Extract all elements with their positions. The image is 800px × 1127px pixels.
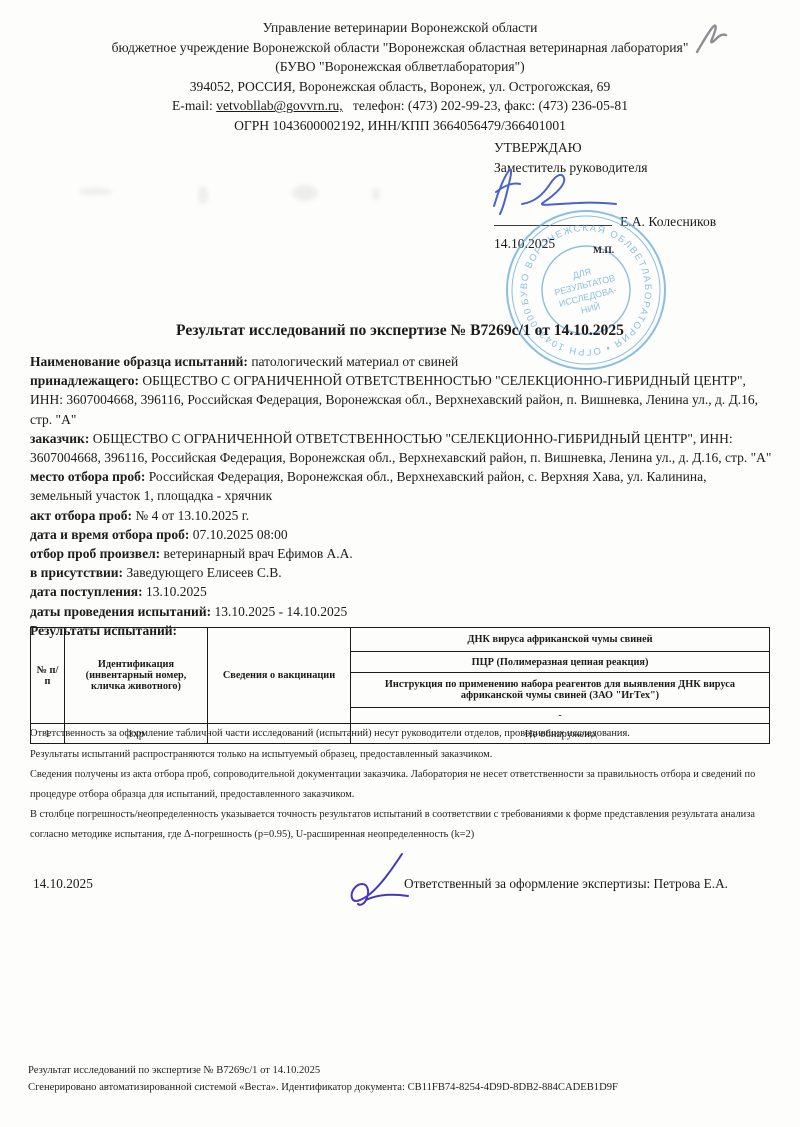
field-receipt-date: дата поступления: 13.10.2025 (30, 582, 772, 601)
method-reference-header: Инструкция по применению набора реагенто… (351, 673, 770, 708)
footnote: Ответственность за оформление табличной … (30, 724, 772, 744)
field-owner: принадлежащего: ОБЩЕСТВО С ОГРАНИЧЕННОЙ … (30, 371, 772, 429)
approval-block: УТВЕРЖДАЮ Заместитель руководителя Е.А. … (494, 138, 716, 254)
signature-line (494, 213, 612, 226)
footer-generated-line: Сгенерировано автоматизированной системо… (28, 1080, 772, 1097)
field-sample-name: Наименование образца испытаний: патологи… (30, 352, 772, 371)
scan-artifact (198, 186, 208, 204)
approve-word: УТВЕРЖДАЮ (494, 138, 716, 158)
stamp-inner-line2: РЕЗУЛЬТАТОВ (553, 273, 616, 298)
document-title: Результат исследований по экспертизе № В… (0, 322, 800, 340)
footnote: Результаты испытаний распространяются то… (30, 745, 772, 765)
stamp-inner-line4: НИЙ (580, 300, 602, 315)
pen-mark (695, 22, 729, 58)
stamp-inner-line1: ДЛЯ (572, 266, 592, 280)
approver-position: Заместитель руководителя (494, 158, 716, 178)
org-address: 394052, РОССИЯ, Воронежская область, Вор… (30, 77, 770, 97)
approver-name: Е.А. Колесников (620, 214, 716, 229)
field-witness: в присутствии: Заведующего Елисеев С.В. (30, 563, 772, 582)
field-customer: заказчик: ОБЩЕСТВО С ОГРАНИЧЕННОЙ ОТВЕТС… (30, 429, 772, 467)
col-header-identification: Идентификация (инвентарный номер, кличка… (65, 628, 208, 724)
org-contacts: E-mail: vetvobllab@govvrn.ru, телефон: (… (30, 96, 770, 116)
responsible-label: Ответственный за оформление экспертизы: … (404, 876, 728, 892)
document-date: 14.10.2025 (33, 876, 93, 892)
mp-label: М.П. (593, 246, 614, 256)
org-name-line1: Управление ветеринарии Воронежской облас… (30, 18, 770, 38)
sample-details: Наименование образца испытаний: патологи… (30, 352, 772, 640)
org-ogrn-inn: ОГРН 1043600002192, ИНН/КПП 3664056479/3… (30, 116, 770, 136)
org-header: Управление ветеринарии Воронежской облас… (30, 18, 770, 136)
col-header-num: № п/п (31, 628, 65, 724)
field-sampling-datetime: дата и время отбора проб: 07.10.2025 08:… (30, 525, 772, 544)
org-name-line2: бюджетное учреждение Воронежской области… (30, 38, 770, 58)
method-header: ПЦР (Полимеразная цепная реакция) (351, 652, 770, 673)
approver-signature-row: Е.А. Колесников (494, 212, 716, 232)
field-test-dates: даты проведения испытаний: 13.10.2025 - … (30, 602, 772, 621)
method-extra-header: - (351, 708, 770, 724)
email-label: E-mail: (172, 98, 213, 113)
test-name-header: ДНК вируса африканской чумы свиней (351, 628, 770, 652)
footnotes: Ответственность за оформление табличной … (30, 724, 772, 845)
field-sampled-by: отбор проб произвел: ветеринарный врач Е… (30, 544, 772, 563)
phone-fax: телефон: (473) 202-99-23, факс: (473) 23… (353, 98, 628, 113)
footer-expertise-line: Результат исследований по экспертизе № В… (28, 1063, 772, 1080)
field-sampling-place: место отбора проб: Российская Федерация,… (30, 467, 772, 505)
footnote: В столбце погрешность/неопределенность у… (30, 805, 772, 844)
document-footer: Результат исследований по экспертизе № В… (28, 1063, 772, 1096)
stamp-inner-line3: ИССЛЕДОВА- (558, 285, 618, 309)
document-page: Управление ветеринарии Воронежской облас… (0, 0, 800, 1127)
scan-artifact (292, 185, 318, 201)
col-header-vaccination: Сведения о вакцинации (208, 628, 351, 724)
org-name-line3: (БУВО "Воронежская облветлаборатория") (30, 57, 770, 77)
email-link[interactable]: vetvobllab@govvrn.ru, (216, 98, 343, 113)
scan-artifact (372, 188, 380, 200)
field-sampling-act: акт отбора проб: № 4 от 13.10.2025 г. (30, 506, 772, 525)
scan-artifact (78, 188, 112, 195)
footnote: Сведения получены из акта отбора проб, с… (30, 765, 772, 804)
